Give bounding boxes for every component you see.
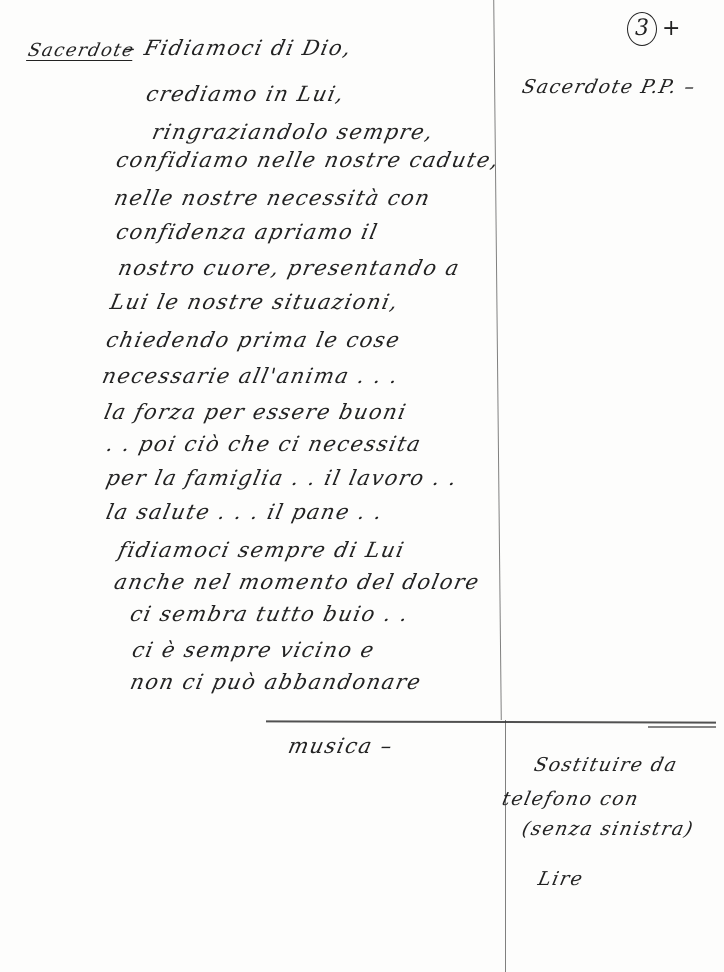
script-line: crediamo in Lui,	[144, 82, 347, 106]
script-line: non ci può abbandonare	[128, 670, 424, 694]
script-line: ci è sempre vicino e	[130, 638, 377, 662]
side-note-top: Sacerdote P.P. –	[520, 76, 698, 98]
script-line: Lui le nostre situazioni,	[108, 290, 401, 314]
script-line: per la famiglia . . il lavoro . .	[104, 466, 460, 490]
column-divider-bottom	[505, 720, 506, 972]
section-rule-tail	[648, 726, 716, 728]
script-line: fidiamoci sempre di Lui	[116, 538, 407, 562]
column-divider-top	[493, 0, 502, 720]
script-line: . . poi ciò che ci necessita	[104, 432, 424, 456]
script-line: la salute . . . il pane . .	[104, 500, 385, 524]
side-note-bottom-line: telefono con	[500, 788, 641, 810]
script-line: nostro cuore, presentando a	[116, 256, 462, 280]
scanned-script-page: 3 + Sacerdote – Fidiamoci di Dio, credia…	[0, 0, 724, 972]
script-line: nelle nostre necessità con	[112, 186, 433, 210]
script-line: necessarie all'anima . . .	[100, 364, 401, 388]
page-number-circle: 3	[627, 12, 657, 46]
script-line: confidiamo nelle nostre cadute,	[114, 148, 502, 172]
page-mark: +	[662, 16, 680, 41]
script-line: confidenza apriamo il	[114, 220, 381, 244]
script-line: – Fidiamoci di Dio,	[122, 36, 354, 60]
script-line: la forza per essere buoni	[102, 400, 409, 424]
speaker-label: Sacerdote	[26, 40, 137, 61]
script-line: ci sembra tutto buio . .	[128, 602, 411, 626]
section-rule	[266, 720, 716, 723]
side-note-bottom-line: Lire	[536, 868, 586, 890]
script-line: chiedendo prima le cose	[104, 328, 403, 352]
script-line: ringraziandolo sempre,	[150, 120, 436, 144]
side-note-bottom-line: Sostituire da	[532, 754, 680, 776]
side-note-bottom-line: (senza sinistra)	[520, 818, 696, 840]
script-line: anche nel momento del dolore	[112, 570, 482, 594]
cue-music: musica –	[286, 734, 395, 758]
